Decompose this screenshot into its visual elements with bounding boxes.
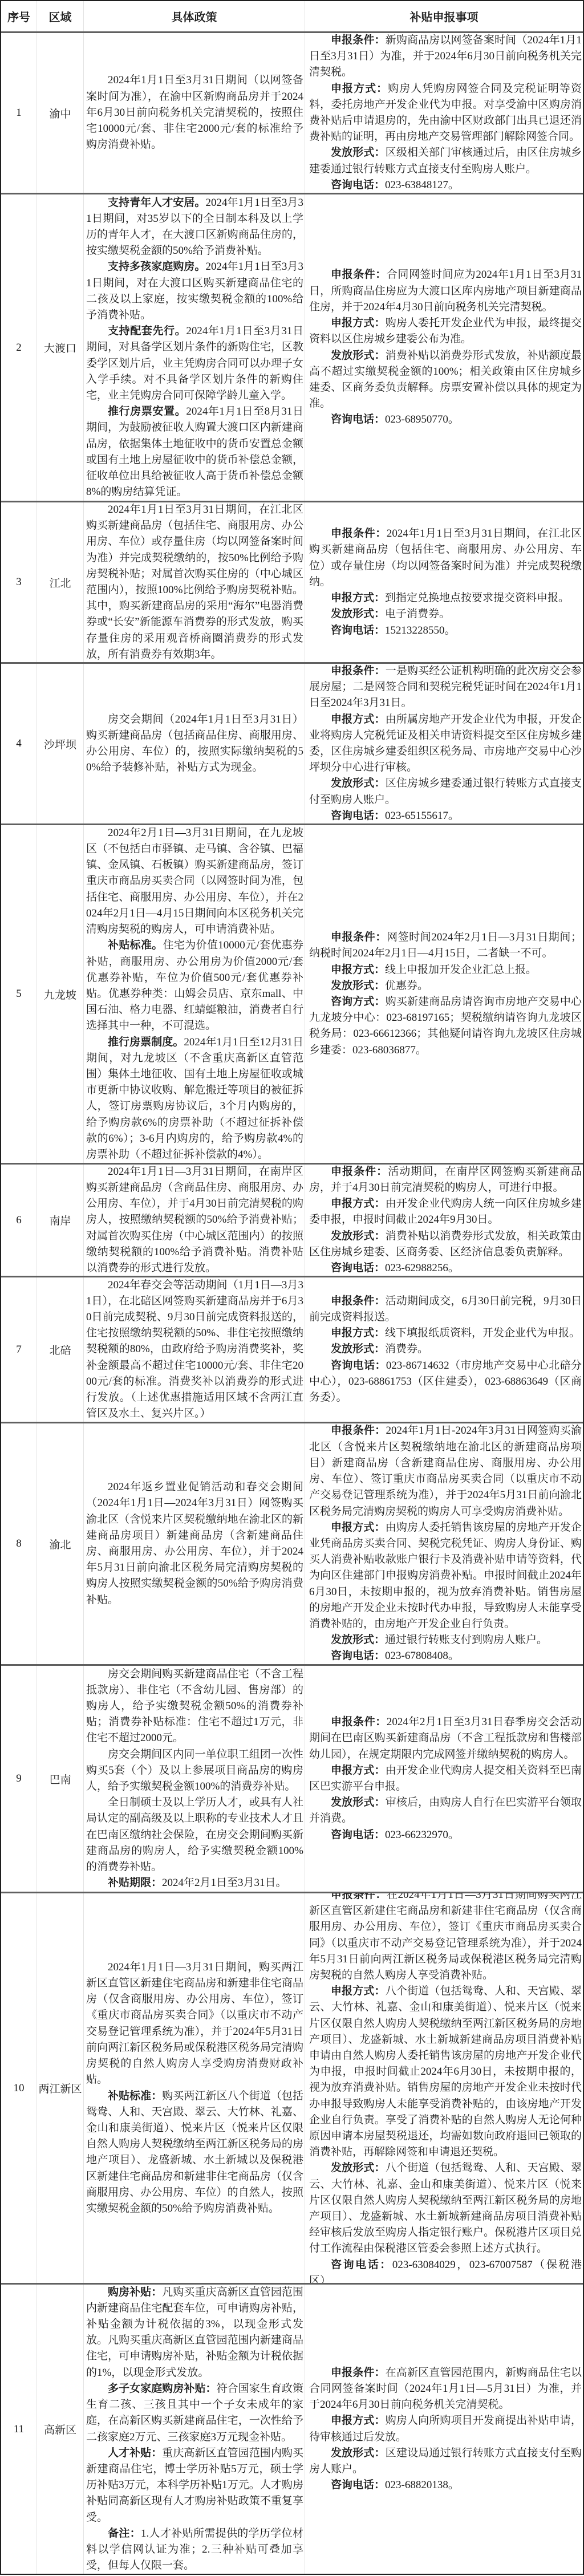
policy-paragraph: 2024年2月1日—3月31日期间，在九龙坡区（不包括白市驿镇、走马镇、含谷镇、… [86,825,303,938]
policy-lead: 补贴标准。 [108,939,163,951]
report-cell: 申报条件：2024年1月1日至3月31日期间，在江北区购买新建商品房（包括住宅、… [305,502,583,662]
report-label: 发放形式： [331,980,385,992]
region-name: 大渡口 [44,340,76,355]
report-paragraph: 申报条件：在高新区直管园范围内，新购商品住宅以合同网签备案时间（2024年1月1… [309,2365,582,2413]
policy-paragraph: 2024年1月1日—3月31日期间，在南岸区购买新建商品房（含商品住房、商服用房… [86,1165,303,1276]
policy-paragraph: 房交会期间区内同一单位职工组团一次性购买5套（个）及以上参展项目商品房的购房人，… [86,1747,303,1795]
policy-lead: 补贴期限： [108,1877,162,1889]
report-paragraph: 咨询电话：023-65155617。 [309,808,582,823]
report-label: 咨询电话： [331,1360,386,1372]
policy-text: 2024年1月1日至12月31日期间，对九龙坡区（不含重庆高新区直管范围）集体土… [86,1036,303,1161]
header-cell-no: 序号 [1,1,37,31]
policy-cell: 购房补贴：凡购买重庆高新区直管园范围内新建商品住宅配套车位，可申请购房补贴，补贴… [84,2285,305,2574]
policy-paragraph: 补贴标准：购买两江新区八个街道（包括鸳鸯、人和、天宫殿、翠云、大竹林、礼嘉、金山… [86,2088,303,2217]
report-paragraph: 咨询电话：023-63084029，023-67007587（保税港区） [309,2257,582,2283]
report-label: 咨询电话： [331,1829,385,1841]
report-text: 023-68820138。 [385,2479,459,2491]
policy-cell: 2024年2月1日—3月31日期间，在九龙坡区（不包括白市驿镇、走马镇、含谷镇、… [84,825,305,1163]
report-paragraph: 咨询电话：023-66232970。 [309,1827,582,1843]
table-row: 10 两江新区 2024年1月1日—3月31日期间，购买两江新区直管区新建住宅商… [1,1893,583,2285]
header-region-label: 区域 [49,8,72,25]
report-text: 由购房人委托销售该房屋的房地产开发企业凭商品房买卖合同、契税完税凭证、购房人身份… [309,1522,582,1630]
report-label: 申报方式： [331,964,385,976]
policy-paragraph: 推行房票安置。2024年1月1日至8月31日期间，为鼓励被征收人购置大渡口区内新… [86,404,303,500]
policy-cell: 2024年1月1日—3月31日期间，购买两江新区直管区新建住宅商品房和新建非住宅… [84,1893,305,2283]
policy-lead: 支持青年人才安居。 [108,197,206,209]
region-name: 南岸 [49,1212,71,1228]
report-label: 发放形式： [331,1230,386,1242]
row-number: 6 [16,1214,22,1227]
header-cell-region: 区域 [37,1,84,31]
report-label: 申报条件： [331,1893,387,1901]
report-text: 023-62988256。 [385,1262,459,1274]
region-name: 渝北 [49,1536,71,1552]
policy-lead: 补贴标准： [108,2090,162,2102]
report-label: 咨询电话： [331,2479,385,2491]
report-cell: 申报条件：合同网签时间应为2024年1月1日至3月31日，所购商品住房应为大渡口… [305,194,583,501]
row-number: 1 [16,107,22,119]
report-label: 申报方式： [331,713,386,725]
policy-cell: 房交会期间（2024年1月1日至3月31日）购买新建商品房（包括商品住房、商服用… [84,664,305,823]
report-cell: 申报条件：在2024年1月1日—3月31日期间购买两江新区直管区新建住宅商品房和… [305,1893,583,2283]
table-row: 5 九龙坡 2024年2月1日—3月31日期间，在九龙坡区（不包括白市驿镇、走马… [1,825,583,1165]
row-number-cell: 7 [1,1277,37,1422]
report-label: 咨询电话： [331,1650,385,1662]
policy-paragraph: 推行房票制度。2024年1月1日至12月31日期间，对九龙坡区（不含重庆高新区直… [86,1035,303,1163]
report-label: 申报方式： [331,83,388,95]
report-text: 电子消费券。 [385,608,450,620]
report-paragraph: 咨询电话：023-68820138。 [309,2477,582,2493]
report-label: 咨询电话： [331,810,385,822]
policy-lead: 购房补贴： [108,2286,162,2298]
row-number-cell: 10 [1,1893,37,2283]
region-name: 沙坪坝 [44,736,76,752]
policy-paragraph: 支持青年人才安居。2024年1月1日至3月31日期间，对35岁以下的全日制本科及… [86,195,303,259]
policy-text: 住宅为价值10000元/套优惠券补贴，商服用房、办公用房为价值2000元/套优惠… [86,939,303,1032]
report-cell: 申报条件：在高新区直管园范围内，新购商品住宅以合同网签备案时间（2024年1月1… [305,2285,583,2574]
report-paragraph: 发放形式：八个街道（包括鸳鸯、人和、天宫殿、翠云、大竹林、礼嘉、金山和康美街道）… [309,2160,582,2257]
table-row: 11 高新区 购房补贴：凡购买重庆高新区直管园范围内新建商品住宅配套车位，可申请… [1,2285,583,2575]
report-label: 申报方式： [331,1764,386,1776]
report-paragraph: 发放形式：电子消费券。 [309,606,582,622]
report-label: 申报条件： [331,931,387,943]
policy-paragraph: 房交会期间购买新建商品住宅（不含工程抵款房）、非住宅（不含幼儿园、售房部）的购房… [86,1666,303,1747]
report-paragraph: 发放形式：区住房城乡建委通过银行转账方式直接支付至购房人账户。 [309,776,582,808]
report-paragraph: 申报方式：八个街道（包括鸳鸯、人和、天宫殿、翠云、大竹林、礼嘉、金山和康美街道）… [309,1983,582,2160]
region-cell: 两江新区 [37,1893,84,2283]
report-text: 八个街道（包括鸳鸯、人和、天宫殿、翠云、大竹林、礼嘉、金山和康美街道）、悦来片区… [309,2162,582,2254]
report-label: 咨询电话： [331,179,385,191]
report-label: 咨询电话： [331,413,385,425]
report-label: 申报条件： [331,1716,387,1728]
report-paragraph: 咨询电话：023-62988256。 [309,1260,582,1276]
report-paragraph: 申报条件：活动期间成交，6月30日前完税，9月30日前完成资料报送。 [309,1293,582,1325]
report-label: 发放形式： [331,608,385,620]
report-label: 发放形式： [331,1343,385,1355]
report-label: 申报方式： [331,1327,385,1339]
policy-text: 凡购买重庆高新区直管园范围内新建商品住宅配套车位，可申请购房补贴，补贴金额为计税… [86,2286,303,2379]
report-text: 线下填报纸质资料，开发企业代为申报。 [385,1327,580,1339]
report-label: 发放形式： [331,350,386,362]
policy-text: 2024年1月1日至3月31日期间，在江北区购买新建商品房（包括住宅、商服用房、… [86,504,303,660]
report-label: 申报条件： [331,1425,386,1437]
policy-cell: 2024年1月1日至3月31日期间（以网签备案时间为准），在渝中区新购商品房并于… [84,33,305,193]
row-number-cell: 2 [1,194,37,501]
row-number-cell: 3 [1,502,37,662]
report-label: 申报方式： [331,592,385,604]
row-number-cell: 11 [1,2285,37,2574]
policy-cell: 2024年1月1日—3月31日期间，在南岸区购买新建商品房（含商品住房、商服用房… [84,1165,305,1276]
region-cell: 高新区 [37,2285,84,2574]
report-label: 发放形式： [331,147,386,159]
policy-paragraph: 支持配套先行。2024年1月1日至3月31日期间，对具备学区划片条件的新购住宅，… [86,323,303,404]
region-name: 九龙坡 [44,987,76,1002]
report-paragraph: 发放形式：区级相关部门审核通过后，由区住房城乡建委通过银行转账方式直接支付至购房… [309,145,582,177]
report-text: 023-66232970。 [385,1829,459,1841]
report-text: 通过银行转账支付到购房人账户。 [385,1634,547,1646]
policy-text: 房交会期间购买新建商品住宅（不含工程抵款房）、非住宅（不含幼儿园、售房部）的购房… [86,1668,303,1745]
report-label: 申报条件： [331,1295,386,1307]
policy-paragraph: 补贴标准。住宅为价值10000元/套优惠券补贴，商服用房、办公用房为价值2000… [86,938,303,1034]
report-paragraph: 申报条件：网签时间2024年2月1日—3月31日期间；纳税时间2024年2月1日… [309,930,582,962]
region-name: 高新区 [44,2421,76,2437]
report-paragraph: 申报方式：购房人向所购项目开发商提出补贴申请，待审核通过后发放。 [309,2413,582,2445]
policy-paragraph: 全日制硕士及以上学历人才，或具有人社局认定的副高级及以上职称的专业技术人才且在巴… [86,1795,303,1875]
report-paragraph: 申报方式：由开发企业代购房人统一向区住房城乡建委申报，申报时间截止2024年9月… [309,1196,582,1228]
report-text: 023-67808408。 [385,1650,459,1662]
region-name: 江北 [49,575,71,590]
report-cell: 申报条件：2024年2月1日至3月31日春季房交会活动期间在巴南区购买新建商品房… [305,1666,583,1892]
policy-text: 房交会期间（2024年1月1日至3月31日）购买新建商品房（包括商品住房、商服用… [86,713,303,774]
report-label: 申报条件： [331,528,387,539]
header-cell-policy: 具体政策 [84,1,305,31]
housing-subsidy-policy-table: 序号 区域 具体政策 补贴申报事项 1 渝中 2024年1月1日至3月31日期间… [0,0,584,2575]
report-label: 申报方式： [331,1985,386,1997]
report-paragraph: 申报方式：到指定兑换地点按要求提交资料申报。 [309,590,582,606]
policy-lead: 支持多孩家庭购房。 [108,261,206,273]
report-label: 申报条件： [331,2367,386,2379]
header-policy-label: 具体政策 [172,8,217,25]
report-paragraph: 申报条件：2024年2月1日至3月31日春季房交会活动期间在巴南区购买新建商品房… [309,1714,582,1763]
report-text: 线上申报加开发企业汇总上报。 [385,964,537,976]
report-paragraph: 发放形式：消费补贴以消费券形式发放，补贴额度最高不超过实缴契税金额的100%；相… [309,348,582,412]
report-paragraph: 发放形式：优惠券。 [309,978,582,994]
policy-text: 2024年2月1日—3月31日期间，在九龙坡区（不包括白市驿镇、走马镇、含谷镇、… [86,827,303,935]
header-report-label: 补贴申报事项 [410,8,478,25]
policy-text: 全日制硕士及以上学历人才，或具有人社局认定的副高级及以上职称的专业技术人才且在巴… [86,1796,303,1873]
report-paragraph: 发放形式：审核后，由购房人自行在巴实游平台领取并消费。 [309,1795,582,1827]
row-number-cell: 5 [1,825,37,1163]
policy-cell: 2024年返乡置业促销活动和春交会期间（2024年1月1日—2024年3月31日… [84,1423,305,1664]
region-cell: 江北 [37,502,84,662]
policy-cell: 2024年1月1日至3月31日期间，在江北区购买新建商品房（包括住宅、商服用房、… [84,502,305,662]
report-paragraph: 咨询电话：023-68950770。 [309,412,582,428]
row-number: 11 [14,2423,24,2436]
report-label: 申报条件： [331,1166,388,1178]
policy-paragraph: 2024年返乡置业促销活动和春交会期间（2024年1月1日—2024年3月31日… [86,1479,303,1608]
report-label: 咨询电话： [331,2259,392,2271]
report-cell: 申报条件：新购商品房以网签备案时间（2024年1月1日至3月31日）为准，并于2… [305,33,583,193]
report-label: 申报方式： [331,1198,386,1210]
report-text: 2024年1月1日-2024年3月31日网签购买渝北区（含悦来片区契税缴纳地在渝… [309,1425,582,1517]
region-cell: 沙坪坝 [37,664,84,823]
row-number-cell: 9 [1,1666,37,1892]
policy-lead: 推行房票制度。 [108,1036,184,1048]
report-paragraph: 发放形式：消费券。 [309,1341,582,1357]
report-paragraph: 申报方式：由购房人委托销售该房屋的房地产开发企业凭商品房买卖合同、契税完税凭证、… [309,1520,582,1632]
report-paragraph: 咨询电话：023-67808408。 [309,1648,582,1664]
report-label: 发放形式： [331,1796,386,1808]
report-paragraph: 申报条件：新购商品房以网签备案时间（2024年1月1日至3月31日）为准，并于2… [309,33,582,81]
report-label: 发放形式： [331,1634,385,1646]
report-paragraph: 申报方式：由开发企业代购房人提交相关资料至巴南区巴实游平台申报。 [309,1763,582,1795]
row-number: 5 [16,988,22,1000]
table-row: 9 巴南 房交会期间购买新建商品住宅（不含工程抵款房）、非住宅（不含幼儿园、售房… [1,1666,583,1893]
report-cell: 申报条件：2024年1月1日-2024年3月31日网签购买渝北区（含悦来片区契税… [305,1423,583,1664]
policy-lead: 支持配套先行。 [108,325,186,337]
report-paragraph: 申报条件：2024年1月1日-2024年3月31日网签购买渝北区（含悦来片区契税… [309,1423,582,1520]
region-cell: 北碚 [37,1277,84,1422]
policy-text: 购买两江新区八个街道（包括鸳鸯、人和、天宫殿、翠云、大竹林、礼嘉、金山和康美街道… [86,2090,303,2214]
report-paragraph: 咨询电话：15213228550。 [309,623,582,639]
region-name: 巴南 [49,1771,71,1787]
policy-paragraph: 2024年1月1日至3月31日期间（以网签备案时间为准），在渝中区新购商品房并于… [86,72,303,153]
report-paragraph: 申报条件：活动期间，在南岸区网签购买新建商品房，并于4月30日前完清契税的购房人… [309,1165,582,1196]
policy-text: 2024年春交会等活动期间（1月1日—3月31日），在北碚区网签购买新建商品房并… [86,1279,303,1420]
row-number-cell: 6 [1,1165,37,1276]
report-text: 到指定兑换地点按要求提交资料申报。 [385,592,569,604]
table-row: 1 渝中 2024年1月1日至3月31日期间（以网签备案时间为准），在渝中区新购… [1,33,583,194]
region-cell: 南岸 [37,1165,84,1276]
policy-lead: 多子女家庭购房补贴： [108,2383,217,2395]
policy-paragraph: 2024年1月1日—3月31日期间，购买两江新区直管区新建住宅商品房和新建非住宅… [86,1960,303,2088]
row-number: 9 [16,1772,22,1785]
report-label: 发放形式： [331,2162,386,2174]
policy-cell: 房交会期间购买新建商品住宅（不含工程抵款房）、非住宅（不含幼儿园、售房部）的购房… [84,1666,305,1892]
report-cell: 申报条件：活动期间，在南岸区网签购买新建商品房，并于4月30日前完清契税的购房人… [305,1165,583,1276]
report-label: 申报条件： [331,269,387,281]
report-label: 发放形式： [331,2447,386,2459]
report-label: 咨询方式： [331,996,386,1008]
report-paragraph: 申报方式：线上申报加开发企业汇总上报。 [309,962,582,978]
header-cell-report: 补贴申报事项 [305,1,583,31]
report-text: 023-68950770。 [385,413,459,425]
report-paragraph: 发放形式：消费补贴以消费券形式发放，相关政策由区住房城乡建委、区商务委、区经济信… [309,1228,582,1260]
report-label: 发放形式： [331,777,386,789]
table-row: 7 北碚 2024年春交会等活动期间（1月1日—3月31日），在北碚区网签购买新… [1,1277,583,1423]
row-number: 10 [14,2082,25,2095]
report-label: 申报条件： [331,665,386,677]
region-cell: 渝中 [37,33,84,193]
report-paragraph: 咨询方式：购买新建商品房请咨询市房地产交易中心九龙坡分中心：023-681971… [309,994,582,1058]
report-paragraph: 申报条件：合同网签时间应为2024年1月1日至3月31日，所购商品住房应为大渡口… [309,267,582,315]
region-cell: 大渡口 [37,194,84,501]
report-text: 在2024年1月1日—3月31日期间购买两江新区直管区新建住宅商品房和新建非住宅… [309,1893,582,1981]
table-row: 2 大渡口 支持青年人才安居。2024年1月1日至3月31日期间，对35岁以下的… [1,194,583,502]
policy-paragraph: 多子女家庭购房补贴：符合国家生育政策生育二孩、三孩且其中一个子女未成年的家庭，在… [86,2381,303,2445]
policy-lead: 推行房票安置。 [108,405,186,417]
report-label: 申报方式： [331,317,386,329]
report-paragraph: 申报条件：2024年1月1日至3月31日期间，在江北区购买新建商品房（包括住宅、… [309,526,582,590]
row-number: 7 [16,1344,22,1356]
policy-text: 2024年返乡置业促销活动和春交会期间（2024年1月1日—2024年3月31日… [86,1481,303,1605]
region-cell: 巴南 [37,1666,84,1892]
report-paragraph: 咨询电话：023-86714632（市房地产交易中心北碚分中心），023-688… [309,1358,582,1406]
report-paragraph: 发放形式：区建设局通过银行转账方式直接支付至购房人账户。 [309,2445,582,2477]
report-label: 咨询电话： [331,624,385,636]
row-number: 4 [16,737,22,750]
table-row: 8 渝北 2024年返乡置业促销活动和春交会期间（2024年1月1日—2024年… [1,1423,583,1666]
header-no-label: 序号 [7,8,30,25]
region-cell: 渝北 [37,1423,84,1664]
report-label: 申报方式： [331,2415,386,2427]
policy-text: 2024年2月1日至3月31日。 [162,1877,287,1889]
policy-lead: 备注： [108,2528,141,2540]
report-text: 023-63848127。 [385,179,459,191]
report-paragraph: 申报方式：购房人委托开发企业代为申报，最终提交资料以区住房城乡建委公布为准。 [309,315,582,347]
row-number: 3 [16,576,22,589]
region-name: 渝中 [49,106,71,121]
policy-paragraph: 2024年1月1日至3月31日期间，在江北区购买新建商品房（包括住宅、商服用房、… [86,502,303,662]
report-paragraph: 申报条件：一是购买经公证机构明确的此次房交会参展房屋；二是网签合同和契税完税凭证… [309,664,582,712]
policy-lead: 人才补贴： [108,2447,162,2459]
report-label: 申报方式： [331,1522,386,1534]
row-number-cell: 1 [1,33,37,193]
policy-paragraph: 补贴期限：2024年2月1日至3月31日。 [86,1875,303,1891]
report-cell: 申报条件：活动期间成交，6月30日前完税，9月30日前完成资料报送。 申报方式：… [305,1277,583,1422]
policy-cell: 支持青年人才安居。2024年1月1日至3月31日期间，对35岁以下的全日制本科及… [84,194,305,501]
row-number: 8 [16,1538,22,1550]
report-paragraph: 申报方式：由所属房地产开发企业代为申报，开发企业将购房人完税凭证及相关申请资料提… [309,712,582,776]
policy-text: 2024年1月1日至8月31日期间，为鼓励被征收人购置大渡口区内新建商品房，依据… [86,405,303,498]
report-paragraph: 发放形式：通过银行转账支付到购房人账户。 [309,1632,582,1648]
policy-text: 房交会期间区内同一单位职工组团一次性购买5套（个）及以上参展项目商品房的购房人，… [86,1749,303,1792]
report-cell: 申报条件：网签时间2024年2月1日—3月31日期间；纳税时间2024年2月1日… [305,825,583,1163]
policy-text: 2024年1月1日—3月31日期间，在南岸区购买新建商品房（含商品住房、商服用房… [86,1166,303,1274]
policy-paragraph: 人才补贴：重庆高新区直管园范围内购买新建商品住宅，博士学历补贴5万元，硕士学历补… [86,2445,303,2526]
report-paragraph: 咨询电话：023-63848127。 [309,177,582,193]
policy-paragraph: 支持多孩家庭购房。2024年1月1日至3月31日期间，对在大渡口区购买新建商品住… [86,259,303,323]
report-label: 咨询电话： [331,1262,385,1274]
table-row: 6 南岸 2024年1月1日—3月31日期间，在南岸区购买新建商品房（含商品住房… [1,1165,583,1277]
policy-paragraph: 购房补贴：凡购买重庆高新区直管园范围内新建商品住宅配套车位，可申请购房补贴，补贴… [86,2285,303,2381]
report-text: 15213228550。 [385,624,456,636]
row-number-cell: 4 [1,664,37,823]
report-paragraph: 申报方式：购房人凭购房网签合同及完税证明等资料，委托房地产开发企业代为申报。对享… [309,81,582,145]
policy-paragraph: 2024年春交会等活动期间（1月1日—3月31日），在北碚区网签购买新建商品房并… [86,1277,303,1422]
report-label: 申报条件： [331,34,386,46]
table-header: 序号 区域 具体政策 补贴申报事项 [1,1,583,33]
report-paragraph: 申报条件：在2024年1月1日—3月31日期间购买两江新区直管区新建住宅商品房和… [309,1893,582,1983]
report-text: 八个街道（包括鸳鸯、人和、天宫殿、翠云、大竹林、礼嘉、金山和康美街道）、悦来片区… [309,1985,582,2158]
policy-text: 2024年1月1日至3月31日期间（以网签备案时间为准），在渝中区新购商品房并于… [86,74,303,151]
row-number-cell: 8 [1,1423,37,1664]
region-cell: 九龙坡 [37,825,84,1163]
policy-paragraph: 备注：1.人才补贴所需提供的学历学位材料以学信网认证为准；2.三种补贴可叠加享受… [86,2526,303,2574]
table-row: 3 江北 2024年1月1日至3月31日期间，在江北区购买新建商品房（包括住宅、… [1,502,583,664]
report-text: 消费券。 [385,1343,428,1355]
row-number: 2 [16,342,22,354]
policy-paragraph: 房交会期间（2024年1月1日至3月31日）购买新建商品房（包括商品住房、商服用… [86,712,303,776]
report-cell: 申报条件：一是购买经公证机构明确的此次房交会参展房屋；二是网签合同和契税完税凭证… [305,664,583,823]
region-name: 两江新区 [38,2080,82,2096]
report-paragraph: 申报方式：线下填报纸质资料，开发企业代为申报。 [309,1325,582,1341]
table-row: 4 沙坪坝 房交会期间（2024年1月1日至3月31日）购买新建商品房（包括商品… [1,664,583,825]
report-text: 优惠券。 [385,980,428,992]
region-name: 北碚 [49,1342,71,1357]
report-text: 023-65155617。 [385,810,459,822]
policy-cell: 2024年春交会等活动期间（1月1日—3月31日），在北碚区网签购买新建商品房并… [84,1277,305,1422]
policy-text: 2024年1月1日—3月31日期间，购买两江新区直管区新建住宅商品房和新建非住宅… [86,1961,303,2086]
